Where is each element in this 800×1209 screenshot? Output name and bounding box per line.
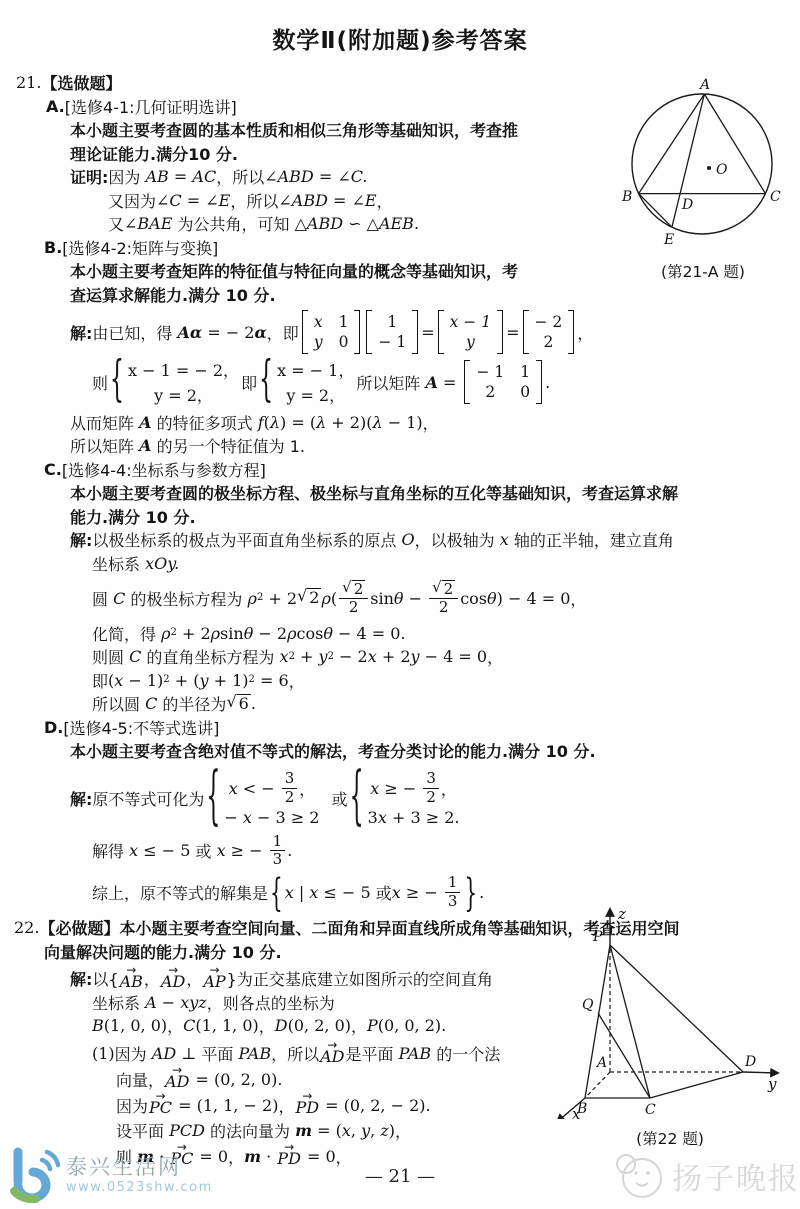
math-roman: + 2 bbox=[263, 589, 297, 608]
math-roman: · bbox=[261, 1147, 276, 1166]
text-bold: A. bbox=[46, 97, 65, 116]
math-bold: m bbox=[244, 1147, 261, 1166]
cases-system: {x < − 32，− x − 3 ≥ 2 bbox=[206, 770, 319, 827]
math-roman: x − 1 = − 2， bbox=[128, 358, 239, 381]
radicand: 2 bbox=[352, 580, 366, 598]
math: x bbox=[392, 883, 401, 902]
math: λ bbox=[316, 413, 326, 432]
matrix: x − 1y bbox=[438, 310, 503, 354]
cases-system: {x ≥ − 32，3x + 3 ≥ 2. bbox=[350, 770, 460, 827]
label-D: D bbox=[681, 197, 693, 213]
math-roman: y = 2， bbox=[154, 383, 213, 406]
label-A: A bbox=[595, 1055, 607, 1071]
text: 因为 bbox=[116, 1094, 148, 1117]
cases-row: x ≥ − 32， bbox=[370, 770, 457, 806]
math-roman: − 2 bbox=[334, 647, 368, 666]
math-roman: = bbox=[506, 323, 519, 342]
set-brace: { bbox=[270, 873, 283, 911]
text-bold: 理论证能力.满分10 分. bbox=[70, 142, 238, 165]
figure-21a: A B C D E O (第21-A 题) bbox=[612, 76, 794, 282]
text-bold: 本小题主要考查含绝对值不等式的解法，考查分类讨论的能力.满分 10 分. bbox=[70, 739, 596, 762]
math-roman: (0, 0, 2). bbox=[378, 1016, 446, 1035]
text: [选修4-2:矩阵与变换] bbox=[62, 236, 218, 259]
math-roman: sin bbox=[370, 589, 394, 608]
text: ，以极轴为 bbox=[415, 528, 500, 551]
math-roman: = bbox=[182, 191, 206, 210]
circle bbox=[632, 94, 772, 234]
text: 或 bbox=[195, 839, 211, 862]
text: 的直角坐标方程为 bbox=[141, 645, 279, 668]
math: C bbox=[183, 1016, 195, 1035]
math: PAB bbox=[238, 1044, 271, 1063]
math-roman: + 2 bbox=[377, 647, 411, 666]
text: ，所以 bbox=[230, 189, 278, 212]
math: y bbox=[411, 647, 420, 666]
vector-letters: AB bbox=[120, 974, 143, 991]
math-roman: (0, 2, 0) bbox=[288, 1016, 351, 1035]
text: 所以圆 bbox=[92, 692, 145, 715]
text-bold: 证明: bbox=[70, 165, 108, 188]
text: 或 bbox=[321, 787, 347, 810]
matrix-bracket-right bbox=[412, 310, 418, 354]
edge-PB bbox=[585, 945, 610, 1098]
numerator: √2 bbox=[339, 580, 368, 599]
matrix-bracket-right bbox=[536, 360, 542, 404]
math: θ bbox=[323, 624, 333, 643]
vector: →PD bbox=[295, 1093, 319, 1117]
matrix-cell: 1 bbox=[520, 362, 530, 382]
section-b-solve-2: 则{x − 1 = − 2，y = 2，即{x = − 1，y = 2，所以矩阵… bbox=[92, 358, 800, 406]
text-bold: 本小题主要考查圆的极坐标方程、极坐标与直角坐标的互化等基础知识，考查运算求解 bbox=[70, 481, 678, 504]
label-x-axis: x bbox=[572, 1105, 581, 1119]
math: A − xyz bbox=[145, 993, 207, 1012]
math-bold: A bbox=[139, 436, 151, 455]
math-roman: = bbox=[421, 323, 434, 342]
text: [选修4-5:不等式选讲] bbox=[63, 716, 219, 739]
page-title: 数学Ⅱ(附加题)参考答案 bbox=[0, 22, 800, 55]
radical-sign: √ bbox=[226, 694, 236, 711]
matrix-cell: x bbox=[314, 312, 323, 332]
math-roman: − 2 bbox=[253, 624, 287, 643]
label-O: O bbox=[716, 162, 728, 178]
text: 平面 bbox=[201, 1042, 238, 1065]
text: ，所以 bbox=[216, 165, 264, 188]
math-roman: < − bbox=[238, 779, 280, 798]
math-roman: sin bbox=[220, 624, 244, 643]
cases-brace: { bbox=[110, 358, 124, 406]
matrix-cell: 1 bbox=[387, 312, 397, 332]
section-d-solve-2: 解得 x ≤ − 5 或 x ≥ − 13. bbox=[92, 833, 800, 869]
cases-row: 3x + 3 ≥ 2. bbox=[368, 808, 460, 827]
math-roman: . bbox=[287, 841, 292, 860]
math-roman: − 1) bbox=[123, 671, 163, 690]
text: ， bbox=[228, 1145, 244, 1168]
text: 从而矩阵 bbox=[70, 411, 139, 434]
math: ∠E bbox=[351, 191, 376, 210]
cases-rows: x = − 1，y = 2， bbox=[277, 358, 354, 406]
math: PCD bbox=[169, 1121, 205, 1140]
edge-CD bbox=[650, 1072, 743, 1098]
section-b-solve-1: 解:由已知，得 Aα = − 2α，即x1y01− 1=x − 1y=− 22， bbox=[70, 310, 800, 354]
text-bold: C. bbox=[44, 460, 62, 479]
math: x bbox=[280, 647, 289, 666]
math: ρ bbox=[287, 624, 296, 643]
radicand: 2 bbox=[307, 588, 321, 607]
section-c-solve-5: 则圆 C 的直角坐标方程为 x2 + y2 − 2x + 2y − 4 = 0， bbox=[92, 645, 800, 669]
section-c-solve-1: 解:以极坐标系的极点为平面直角坐标系的原点 O，以极轴为 x 轴的正半轴，建立直… bbox=[70, 528, 800, 552]
cases-rows: x < − 32，− x − 3 ≥ 2 bbox=[224, 770, 319, 827]
math: ∠ABD bbox=[264, 167, 314, 186]
matrix-cell: − 2 bbox=[535, 312, 563, 332]
math-roman: y = 2， bbox=[286, 383, 345, 406]
text-bold: 本小题主要考查矩阵的特征值与特征向量的概念等基础知识，考 bbox=[70, 259, 518, 282]
section-c-solve-3: 圆 C 的极坐标方程为 ρ2 + 2√2ρ(√22sinθ − √22cosθ)… bbox=[92, 580, 800, 617]
math-roman: = (1, 1, − 2) bbox=[173, 1096, 278, 1115]
math: x bbox=[500, 530, 509, 549]
text: ， bbox=[336, 1145, 352, 1168]
fraction: 13 bbox=[270, 833, 286, 869]
text: 的法向量为 bbox=[205, 1119, 295, 1142]
math-roman: . bbox=[251, 694, 256, 713]
math: λ bbox=[372, 413, 382, 432]
math-roman: ≥ − bbox=[379, 779, 421, 798]
matrix-cell: 2 bbox=[485, 382, 495, 402]
cases-row: x − 1 = − 2， bbox=[128, 358, 239, 381]
section-b-desc-2: 查运算求解能力.满分 10 分. bbox=[70, 283, 800, 307]
math-roman: − bbox=[224, 808, 243, 827]
math-roman: + 3 ≥ 2. bbox=[387, 808, 460, 827]
math: △AEB. bbox=[367, 214, 419, 233]
text: ，所以 bbox=[271, 1042, 319, 1065]
math: y bbox=[361, 1121, 370, 1140]
text: ， bbox=[186, 967, 202, 990]
math-roman: 3 bbox=[426, 770, 436, 787]
numerator: 1 bbox=[445, 874, 461, 892]
math-roman: = 6 bbox=[255, 671, 289, 690]
text: [选修4-4:坐标系与参数方程] bbox=[62, 458, 266, 481]
text: 化简，得 bbox=[92, 622, 161, 645]
text: }为正交基底建立如图所示的空间直角 bbox=[227, 967, 493, 990]
math: x bbox=[368, 647, 377, 666]
math-roman: . bbox=[545, 373, 550, 392]
label-P: P bbox=[592, 929, 603, 945]
math-roman: ， bbox=[441, 777, 457, 800]
text: 则 bbox=[92, 371, 108, 394]
text: ，即 bbox=[267, 321, 299, 344]
section-c-solve-7: 所以圆 C 的半径为√6. bbox=[92, 692, 800, 716]
section-c-title: C.[选修4-4:坐标系与参数方程] bbox=[44, 457, 800, 481]
math-roman: − 4 = 0 bbox=[420, 647, 488, 666]
math: λ bbox=[270, 413, 280, 432]
math: △ABD bbox=[295, 214, 343, 233]
math-roman: + bbox=[295, 647, 319, 666]
matrix-grid: − 22 bbox=[529, 310, 569, 354]
math-roman: = bbox=[438, 373, 462, 392]
math: x bbox=[378, 808, 387, 827]
math: O bbox=[402, 530, 415, 549]
text: ， bbox=[167, 1014, 183, 1037]
matrix-bracket-right bbox=[497, 310, 503, 354]
cases-system: {x = − 1，y = 2， bbox=[259, 358, 354, 406]
label-y-axis: y bbox=[767, 1075, 777, 1093]
text-bold: 解: bbox=[70, 787, 92, 810]
matrix: x1y0 bbox=[302, 310, 361, 354]
section-c-desc-2: 能力.满分 10 分. bbox=[70, 504, 800, 528]
math: θ bbox=[394, 589, 404, 608]
matrix-grid: x1y0 bbox=[308, 310, 355, 354]
text: 又因为 bbox=[108, 189, 156, 212]
edge-PD bbox=[610, 945, 743, 1072]
math-roman: 2 bbox=[309, 588, 319, 607]
text: 向量， bbox=[116, 1068, 164, 1091]
matrix-cell: y bbox=[466, 332, 475, 352]
radical: √2 bbox=[297, 588, 321, 607]
text-bold: 解: bbox=[70, 967, 92, 990]
math: ρ bbox=[211, 624, 220, 643]
math: ∠C bbox=[156, 191, 182, 210]
figure-22: z P Q A D y B x C (第22 题) bbox=[540, 903, 800, 1149]
math-roman: (1, 0, 0) bbox=[104, 1016, 167, 1035]
numerator: 3 bbox=[282, 770, 298, 788]
math-roman: = bbox=[328, 191, 352, 210]
text: 是平面 bbox=[345, 1042, 398, 1065]
text-bold: 向量解决问题的能力.满分 10 分. bbox=[44, 940, 282, 963]
label-E: E bbox=[663, 232, 674, 248]
text: 或 bbox=[376, 881, 392, 904]
section-b-solve-3: 从而矩阵 A 的特征多项式 f(λ) = (λ + 2)(λ − 1)， bbox=[70, 410, 800, 434]
section-c-desc-1: 本小题主要考查圆的极坐标方程、极坐标与直角坐标的互化等基础知识，考查运算求解 bbox=[70, 481, 800, 505]
math: z bbox=[380, 1121, 388, 1140]
text: 的极坐标方程为 bbox=[125, 587, 247, 610]
math-roman: 2 bbox=[426, 788, 436, 806]
edge-PC bbox=[610, 945, 650, 1098]
section-d-solve-1: 解:原不等式可化为{x < − 32，− x − 3 ≥ 2 或{x ≥ − 3… bbox=[70, 770, 800, 827]
text: ， bbox=[278, 1094, 294, 1117]
math: ρ bbox=[321, 589, 330, 608]
math-roman: = (0, 2, 0). bbox=[190, 1070, 282, 1089]
text: [选修4-1:几何证明选讲] bbox=[65, 95, 237, 118]
matrix: − 22 bbox=[523, 310, 575, 354]
matrix-cell: x − 1 bbox=[450, 312, 491, 332]
cases-brace: { bbox=[259, 358, 273, 406]
text-bold: 解: bbox=[70, 528, 92, 551]
text: 轴的正半轴，建立直角 bbox=[509, 528, 674, 551]
text: 因为 bbox=[108, 165, 145, 188]
math-roman: 3 bbox=[368, 808, 378, 827]
radical: √6 bbox=[226, 694, 250, 713]
math-roman: ( bbox=[331, 589, 337, 608]
matrix-cell: 0 bbox=[339, 332, 349, 352]
math-roman: ) = ( bbox=[280, 413, 316, 432]
text: 以极坐标系的极点为平面直角坐标系的原点 bbox=[92, 528, 401, 551]
radical: √2 bbox=[432, 580, 455, 598]
text: ， bbox=[423, 411, 439, 434]
center-dot bbox=[707, 166, 711, 170]
text: 所以矩阵 bbox=[356, 371, 425, 394]
radicand: 2 bbox=[442, 580, 456, 598]
denominator: 2 bbox=[282, 789, 298, 806]
math: ∠BAE bbox=[124, 214, 172, 233]
math-roman: + ( bbox=[170, 671, 200, 690]
math-bold: α bbox=[254, 323, 266, 342]
text: ， bbox=[570, 587, 586, 610]
fraction: √22 bbox=[429, 580, 458, 617]
text-bold: D. bbox=[44, 718, 63, 737]
text: 以{ bbox=[92, 967, 118, 990]
text: ， bbox=[395, 1119, 411, 1142]
text: ， bbox=[259, 1014, 275, 1037]
label-Q: Q bbox=[582, 997, 594, 1013]
math-roman: + 2)( bbox=[326, 413, 372, 432]
math: x bbox=[342, 1121, 351, 1140]
math-roman: ， bbox=[299, 777, 315, 800]
chord-BE bbox=[639, 194, 672, 228]
cases-row: y = 2， bbox=[286, 383, 345, 406]
math-roman: 3 bbox=[285, 770, 295, 787]
math-roman: = bbox=[314, 167, 338, 186]
math-roman: 2 bbox=[349, 598, 359, 616]
text: ， bbox=[377, 189, 393, 212]
vector: →AD bbox=[161, 967, 185, 991]
text-bold: 本小题主要考查圆的基本性质和相似三角形等基础知识，考查推 bbox=[70, 118, 518, 141]
math-roman: 2 bbox=[444, 580, 454, 598]
text: 的另一个特征值为 1. bbox=[152, 434, 305, 457]
chord-AC bbox=[704, 94, 765, 194]
math-roman: ∽ bbox=[343, 214, 367, 233]
text: 圆 bbox=[92, 587, 113, 610]
vector-letters: AD bbox=[320, 1049, 344, 1066]
matrix-bracket-right bbox=[354, 310, 360, 354]
figure-21a-caption: (第21-A 题) bbox=[612, 260, 794, 282]
vector: →PD bbox=[277, 1144, 301, 1168]
math: C bbox=[113, 589, 125, 608]
math-roman: (1) bbox=[92, 1044, 115, 1063]
math-bold: A bbox=[425, 373, 437, 392]
math: xOy. bbox=[145, 554, 179, 573]
text: 则圆 bbox=[92, 645, 129, 668]
cases-rows: x ≥ − 32，3x + 3 ≥ 2. bbox=[368, 770, 460, 827]
math: x bbox=[243, 808, 252, 827]
text: 原不等式可化为 bbox=[92, 787, 204, 810]
math-roman: 2 bbox=[439, 598, 449, 616]
math: x bbox=[229, 779, 238, 798]
math-roman: 2 bbox=[285, 788, 295, 806]
yangzi-logo-icon bbox=[612, 1150, 668, 1202]
chord-AB bbox=[639, 94, 705, 194]
fraction: 32 bbox=[423, 770, 439, 806]
text: ， bbox=[577, 321, 593, 344]
vector-letters: AD bbox=[161, 974, 185, 991]
cases-brace: { bbox=[206, 767, 220, 831]
math-roman: − 3 ≥ 2 bbox=[252, 808, 320, 827]
math-roman: ≤ − 5 bbox=[318, 883, 375, 902]
math: x bbox=[309, 883, 318, 902]
radical: √2 bbox=[342, 580, 365, 598]
text: 坐标系 bbox=[92, 552, 145, 575]
matrix-grid: 1− 1 bbox=[372, 310, 412, 354]
math-roman: = (0, 2, − 2). bbox=[320, 1096, 431, 1115]
math: PAB bbox=[399, 1044, 432, 1063]
text: 为公共角，可知 bbox=[172, 212, 294, 235]
math-bold: Aα bbox=[178, 323, 203, 342]
text: 即 bbox=[241, 371, 257, 394]
circle-diagram: A B C D E O bbox=[612, 76, 794, 252]
fraction: 13 bbox=[445, 874, 461, 910]
cases-row: − x − 3 ≥ 2 bbox=[224, 808, 319, 827]
cases-row: x < − 32， bbox=[229, 770, 316, 806]
vector-letters: AP bbox=[203, 974, 225, 991]
math-roman: 1 bbox=[448, 874, 458, 891]
math: θ bbox=[487, 589, 497, 608]
math: D bbox=[275, 1016, 288, 1035]
matrix: 1− 1 bbox=[366, 310, 418, 354]
matrix-bracket-right bbox=[568, 310, 574, 354]
denominator: 3 bbox=[445, 893, 461, 910]
math: AC bbox=[192, 167, 216, 186]
math-roman: 6 bbox=[239, 694, 249, 713]
math-roman: = 0 bbox=[302, 1147, 336, 1166]
text-bold: B. bbox=[44, 238, 62, 257]
cases-system: {x − 1 = − 2，y = 2， bbox=[110, 358, 239, 406]
math: AD bbox=[152, 1044, 176, 1063]
radical-sign: √ bbox=[342, 580, 352, 596]
math: ρ bbox=[161, 624, 170, 643]
math: y bbox=[319, 647, 328, 666]
math-roman: 21. bbox=[16, 73, 41, 92]
matrix-cell: y bbox=[314, 332, 323, 352]
vector-letters: PC bbox=[149, 1100, 172, 1117]
text: 的特征多项式 bbox=[152, 411, 258, 434]
math-roman: ≤ − 5 bbox=[138, 841, 195, 860]
text-bold: 【选做题】 bbox=[41, 71, 121, 94]
cases-brace: { bbox=[350, 767, 364, 831]
math-roman: cos bbox=[460, 589, 487, 608]
matrix-cell: 0 bbox=[520, 382, 530, 402]
section-b-solve-4: 所以矩阵 A 的另一个特征值为 1. bbox=[70, 434, 800, 458]
math: x bbox=[285, 883, 294, 902]
text: ， bbox=[351, 1014, 367, 1037]
vector: →AD bbox=[165, 1067, 189, 1091]
text: 又 bbox=[108, 212, 124, 235]
math-roman: 3 bbox=[448, 892, 458, 910]
pyramid-diagram: z P Q A D y B x C bbox=[540, 903, 800, 1119]
numerator: √2 bbox=[429, 580, 458, 599]
matrix: − 1120 bbox=[464, 360, 542, 404]
matrix-grid: − 1120 bbox=[470, 360, 536, 404]
math: ρ bbox=[248, 589, 257, 608]
math-roman: , bbox=[351, 1121, 361, 1140]
matrix-cell: − 1 bbox=[378, 332, 406, 352]
fraction: 32 bbox=[282, 770, 298, 806]
math-roman: (1, 1, 0) bbox=[195, 1016, 258, 1035]
text: ， bbox=[144, 967, 160, 990]
math: ∠E bbox=[205, 191, 230, 210]
math-roman: + 2 bbox=[177, 624, 211, 643]
text: 综上，原不等式的解集是 bbox=[92, 881, 268, 904]
text: ，则各点的坐标为 bbox=[207, 991, 335, 1014]
math-roman: 2 bbox=[354, 580, 364, 598]
figure-22-caption: (第22 题) bbox=[540, 1127, 800, 1149]
math-roman: , bbox=[370, 1121, 380, 1140]
text: 的一个法 bbox=[431, 1042, 500, 1065]
text-bold: 解: bbox=[70, 321, 92, 344]
vector: →PC bbox=[149, 1093, 172, 1117]
math-roman: ≥ − bbox=[226, 841, 268, 860]
math: x bbox=[370, 779, 379, 798]
text: ， bbox=[289, 669, 305, 692]
math-bold: m bbox=[295, 1121, 312, 1140]
vector: →AB bbox=[120, 967, 143, 991]
